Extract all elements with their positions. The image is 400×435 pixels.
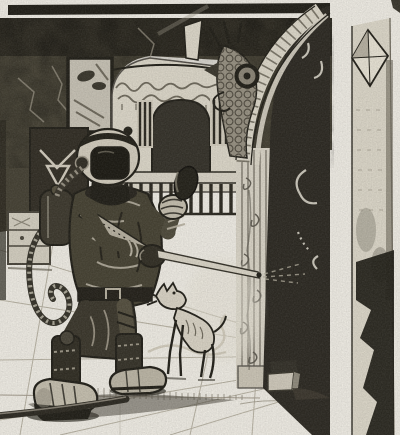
- illustration-svg: Suited explorer with ray-rod and dog bef…: [0, 0, 400, 435]
- illustration-panel: Suited explorer with ray-rod and dog bef…: [0, 0, 400, 435]
- grain-light-overlay: [0, 0, 400, 435]
